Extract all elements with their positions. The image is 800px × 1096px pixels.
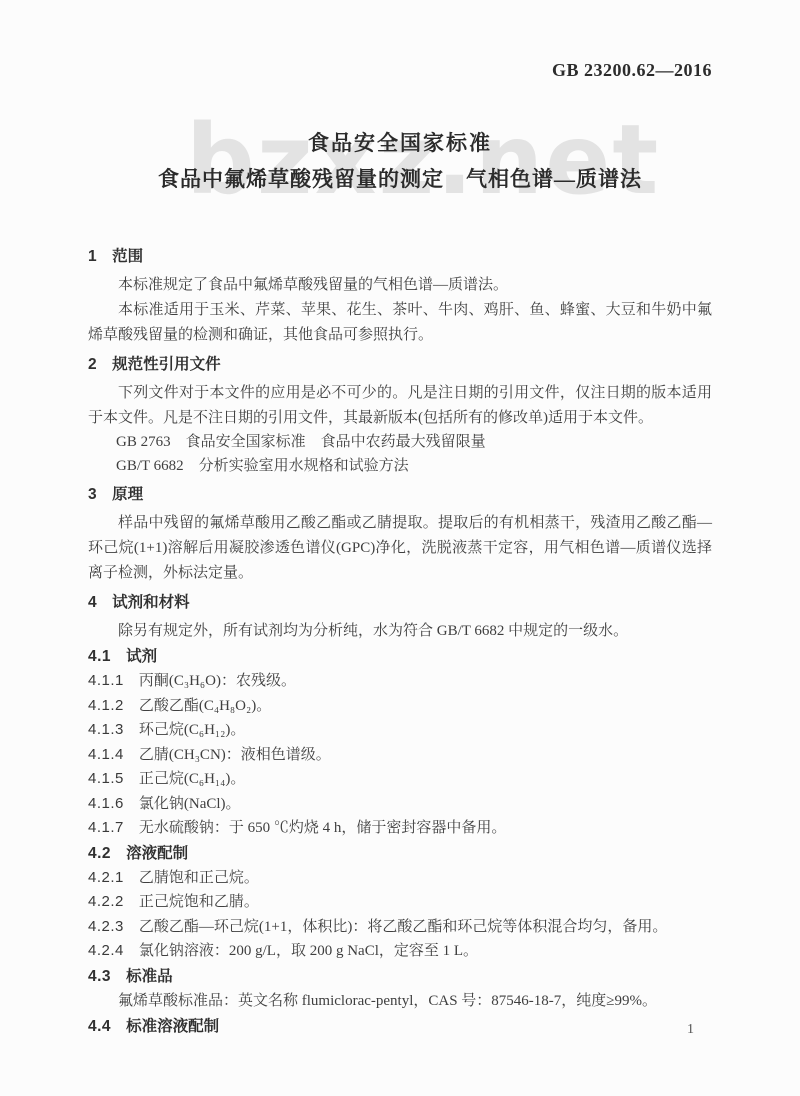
standard-document-page: bzxz.net GB 23200.62—2016 食品安全国家标准 食品中氟烯… bbox=[0, 0, 800, 1096]
item-number: 4.2.4 bbox=[88, 939, 124, 963]
item-number: 4.1.5 bbox=[88, 767, 124, 791]
section-heading-normative-references: 2 规范性引用文件 bbox=[88, 352, 712, 377]
item-number: 4.1.7 bbox=[88, 816, 124, 840]
item-text: 正己烷饱和乙腈。 bbox=[139, 891, 712, 915]
numbered-item: 4.2.2 正己烷饱和乙腈。 bbox=[88, 890, 712, 915]
item-text: 乙腈饱和正己烷。 bbox=[139, 867, 712, 891]
subsection-heading-standard-substance: 4.3 标准品 bbox=[88, 964, 712, 989]
item-number: 4.2.2 bbox=[88, 890, 124, 914]
paragraph: 样品中残留的氟烯草酸用乙酸乙酯或乙腈提取。提取后的有机相蒸干，残渣用乙酸乙酯—环… bbox=[88, 511, 712, 586]
title-line-2: 食品中氟烯草酸残留量的测定 气相色谱—质谱法 bbox=[0, 164, 800, 194]
numbered-item: 4.2.4 氯化钠溶液：200 g/L，取 200 g NaCl，定容至 1 L… bbox=[88, 939, 712, 964]
title-line-1: 食品安全国家标准 bbox=[0, 128, 800, 158]
subsection-title: 试剂 bbox=[126, 644, 157, 669]
subsection-number: 4.4 bbox=[88, 1014, 111, 1039]
section-number: 4 bbox=[88, 590, 97, 615]
item-number: 4.1.2 bbox=[88, 694, 124, 718]
item-number: 4.1.4 bbox=[88, 743, 124, 767]
section-heading-principle: 3 原理 bbox=[88, 482, 712, 507]
subsection-title: 标准品 bbox=[126, 964, 173, 989]
item-text: 正己烷(C₆H₁₄)。 bbox=[139, 768, 712, 792]
standard-code: GB 23200.62—2016 bbox=[552, 60, 712, 81]
subsection-heading-solution-preparation: 4.2 溶液配制 bbox=[88, 841, 712, 866]
section-heading-reagents-materials: 4 试剂和材料 bbox=[88, 590, 712, 615]
paragraph: 本标准规定了食品中氟烯草酸残留量的气相色谱—质谱法。 bbox=[88, 273, 712, 298]
numbered-item: 4.1.7 无水硫酸钠：于 650 ℃灼烧 4 h，储于密封容器中备用。 bbox=[88, 816, 712, 841]
item-number: 4.2.1 bbox=[88, 866, 124, 890]
item-number: 4.1.3 bbox=[88, 718, 124, 742]
subsection-number: 4.3 bbox=[88, 964, 111, 989]
section-title: 规范性引用文件 bbox=[112, 352, 221, 377]
numbered-item: 4.1.1 丙酮(C₃H₆O)：农残级。 bbox=[88, 669, 712, 694]
item-number: 4.1.1 bbox=[88, 669, 124, 693]
item-text: 丙酮(C₃H₆O)：农残级。 bbox=[139, 670, 712, 694]
numbered-item: 4.1.2 乙酸乙酯(C₄H₈O₂)。 bbox=[88, 694, 712, 719]
item-text: 环己烷(C₆H₁₂)。 bbox=[139, 719, 712, 743]
section-title: 原理 bbox=[112, 482, 143, 507]
item-text: 氯化钠(NaCl)。 bbox=[139, 793, 712, 817]
section-title: 试剂和材料 bbox=[112, 590, 190, 615]
item-text: 氯化钠溶液：200 g/L，取 200 g NaCl，定容至 1 L。 bbox=[139, 940, 712, 964]
subsection-number: 4.2 bbox=[88, 841, 111, 866]
item-text: 乙酸乙酯(C₄H₈O₂)。 bbox=[139, 695, 712, 719]
numbered-item: 4.2.3 乙酸乙酯—环己烷(1+1，体积比)：将乙酸乙酯和环己烷等体积混合均匀… bbox=[88, 915, 712, 940]
section-title: 范围 bbox=[112, 244, 143, 269]
reference-entry: GB 2763 食品安全国家标准 食品中农药最大残留限量 bbox=[88, 431, 712, 455]
subsection-heading-reagents: 4.1 试剂 bbox=[88, 644, 712, 669]
item-text: 乙酸乙酯—环己烷(1+1，体积比)：将乙酸乙酯和环己烷等体积混合均匀，备用。 bbox=[139, 916, 712, 940]
numbered-item: 4.1.5 正己烷(C₆H₁₄)。 bbox=[88, 767, 712, 792]
paragraph: 除另有规定外，所有试剂均为分析纯，水为符合 GB/T 6682 中规定的一级水。 bbox=[88, 619, 712, 644]
item-text: 无水硫酸钠：于 650 ℃灼烧 4 h，储于密封容器中备用。 bbox=[139, 817, 712, 841]
subsection-heading-standard-solution-preparation: 4.4 标准溶液配制 bbox=[88, 1014, 712, 1039]
section-number: 3 bbox=[88, 482, 97, 507]
document-body: 1 范围 本标准规定了食品中氟烯草酸残留量的气相色谱—质谱法。 本标准适用于玉米… bbox=[88, 240, 712, 1039]
section-number: 2 bbox=[88, 352, 97, 377]
numbered-item: 4.1.3 环己烷(C₆H₁₂)。 bbox=[88, 718, 712, 743]
paragraph: 下列文件对于本文件的应用是必不可少的。凡是注日期的引用文件，仅注日期的版本适用于… bbox=[88, 381, 712, 431]
subsection-title: 溶液配制 bbox=[126, 841, 188, 866]
item-number: 4.2.3 bbox=[88, 915, 124, 939]
subsection-number: 4.1 bbox=[88, 644, 111, 669]
section-heading-scope: 1 范围 bbox=[88, 244, 712, 269]
numbered-item: 4.1.6 氯化钠(NaCl)。 bbox=[88, 792, 712, 817]
document-title: 食品安全国家标准 食品中氟烯草酸残留量的测定 气相色谱—质谱法 bbox=[0, 128, 800, 194]
section-number: 1 bbox=[88, 244, 97, 269]
paragraph: 本标准适用于玉米、芹菜、苹果、花生、茶叶、牛肉、鸡肝、鱼、蜂蜜、大豆和牛奶中氟烯… bbox=[88, 298, 712, 348]
paragraph: 氟烯草酸标准品：英文名称 flumiclorac-pentyl，CAS 号：87… bbox=[88, 989, 712, 1014]
numbered-item: 4.2.1 乙腈饱和正己烷。 bbox=[88, 866, 712, 891]
page-number: 1 bbox=[687, 1022, 694, 1038]
reference-entry: GB/T 6682 分析实验室用水规格和试验方法 bbox=[88, 455, 712, 479]
item-text: 乙腈(CH₃CN)：液相色谱级。 bbox=[139, 744, 712, 768]
numbered-item: 4.1.4 乙腈(CH₃CN)：液相色谱级。 bbox=[88, 743, 712, 768]
item-number: 4.1.6 bbox=[88, 792, 124, 816]
subsection-title: 标准溶液配制 bbox=[126, 1014, 219, 1039]
